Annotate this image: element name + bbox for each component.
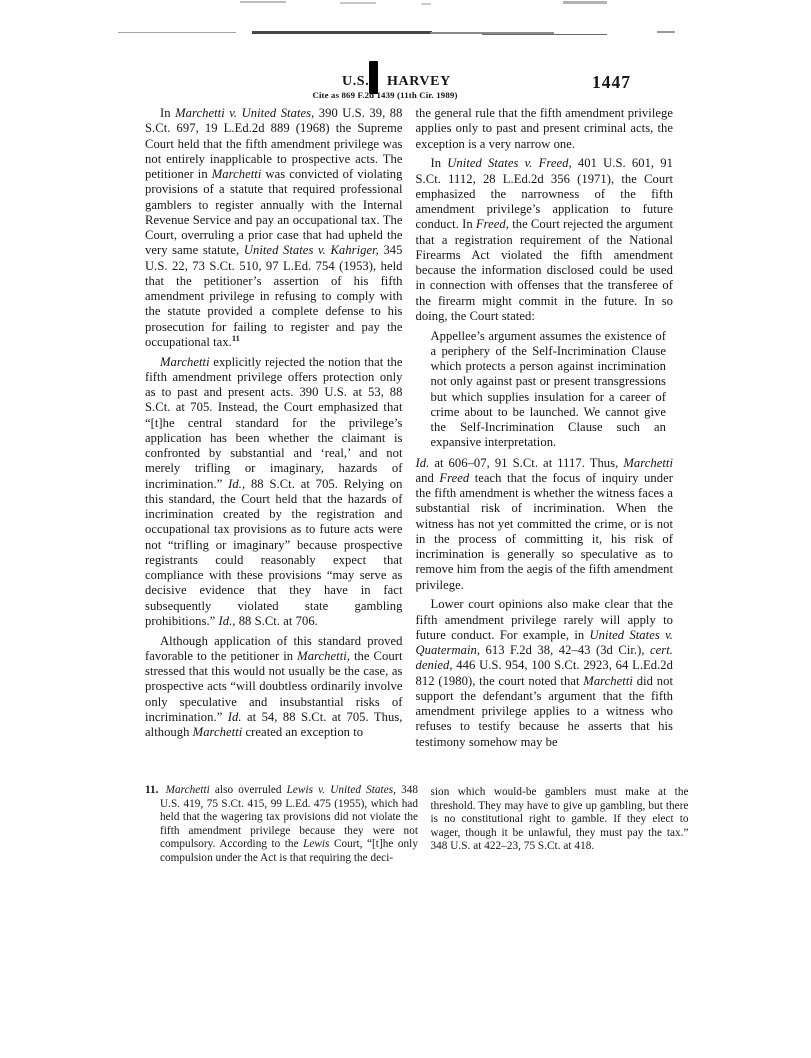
text-run: teach that the focus of inquiry under th… — [416, 471, 674, 592]
text-run: Marchetti — [212, 167, 262, 181]
paragraph: Appellee’s argument assumes the existenc… — [431, 329, 667, 451]
footnote-11: 11. Marchetti also overruled Lewis v. Un… — [145, 784, 418, 865]
footnote-11-continuation: sion which would-be gamblers must make a… — [416, 786, 689, 854]
header-citation: Cite as 869 F.2d 1439 (11th Cir. 1989) — [300, 90, 470, 100]
scan-artifact-dash — [340, 2, 376, 4]
opinion-body: In Marchetti v. United States, 390 U.S. … — [145, 106, 673, 916]
text-run: 11. — [145, 784, 159, 796]
text-run: the general rule that the fifth amendmen… — [416, 106, 674, 151]
text-run: the Court rejected the argument that a r… — [416, 217, 674, 323]
scan-artifact-dash — [421, 3, 431, 5]
text-run: Marchetti — [623, 456, 673, 470]
text-run: explicitly rejected the notion that the … — [145, 355, 403, 491]
text-run: Id. — [416, 456, 430, 470]
reporter-page: U.S. HARVEY 1447 Cite as 869 F.2d 1439 (… — [0, 0, 811, 1058]
left-column-paragraphs: In Marchetti v. United States, 390 U.S. … — [145, 106, 403, 740]
text-run: Marchetti v. United States, — [175, 106, 314, 120]
text-run: Lewis — [303, 838, 329, 850]
text-run: In — [431, 156, 448, 170]
text-run: Marchetti — [160, 355, 210, 369]
text-run: and — [416, 471, 440, 485]
paragraph: In United States v. Freed, 401 U.S. 601,… — [416, 156, 674, 324]
paragraph: Marchetti explicitly rejected the notion… — [145, 355, 403, 630]
text-run: created an exception to — [242, 725, 363, 739]
text-run: United States v. Freed, — [447, 156, 571, 170]
scan-artifact-rule — [252, 31, 432, 34]
text-run: at 606–07, 91 S.Ct. at 1117. Thus, — [429, 456, 623, 470]
paragraph: In Marchetti v. United States, 390 U.S. … — [145, 106, 403, 350]
paragraph: Although application of this standard pr… — [145, 634, 403, 741]
text-run: Freed, — [476, 217, 509, 231]
text-run: Id., — [219, 614, 236, 628]
scan-artifact-rule — [657, 31, 675, 33]
text-run: Freed — [439, 471, 469, 485]
header-case-title-right: HARVEY — [387, 74, 451, 90]
left-column: In Marchetti v. United States, 390 U.S. … — [145, 106, 403, 916]
text-run: Marchetti — [193, 725, 243, 739]
text-run: Lewis v. United States, — [287, 784, 396, 796]
text-run: sion which would-be gamblers must make a… — [431, 786, 689, 852]
text-run: Marchetti — [583, 674, 633, 688]
right-column: the general rule that the fifth amendmen… — [416, 106, 674, 916]
text-run: 11 — [232, 334, 240, 343]
paragraph: Id. at 606–07, 91 S.Ct. at 1117. Thus, M… — [416, 456, 674, 593]
text-run: 345 U.S. 22, 73 S.Ct. 510, 97 L.Ed. 754 … — [145, 243, 403, 349]
scan-artifact-rule — [482, 34, 607, 36]
header-case-title-left: U.S. — [342, 74, 369, 90]
paragraph: the general rule that the fifth amendmen… — [416, 106, 674, 152]
scan-artifact-dash — [563, 1, 607, 4]
text-run: Marchetti, — [297, 649, 350, 663]
paragraph: Lower court opinions also make clear tha… — [416, 597, 674, 750]
text-run: Appellee’s argument assumes the existenc… — [431, 329, 667, 450]
text-run: also overruled — [210, 784, 287, 796]
text-run: Id. — [228, 710, 242, 724]
text-run: In — [160, 106, 175, 120]
scan-artifact-rule — [118, 32, 236, 33]
text-run: 88 S.Ct. at 705. Relying on this standar… — [145, 477, 403, 628]
scan-artifact-dash — [240, 1, 286, 3]
text-run: United States v. Kahriger, — [244, 243, 379, 257]
text-run: Marchetti — [166, 784, 210, 796]
page-number: 1447 — [592, 72, 631, 93]
text-run: Id., — [228, 477, 245, 491]
right-column-paragraphs: the general rule that the fifth amendmen… — [416, 106, 674, 750]
text-run: 88 S.Ct. at 706. — [236, 614, 318, 628]
text-run: 613 F.2d 38, 42–43 (3d Cir.), — [480, 643, 650, 657]
